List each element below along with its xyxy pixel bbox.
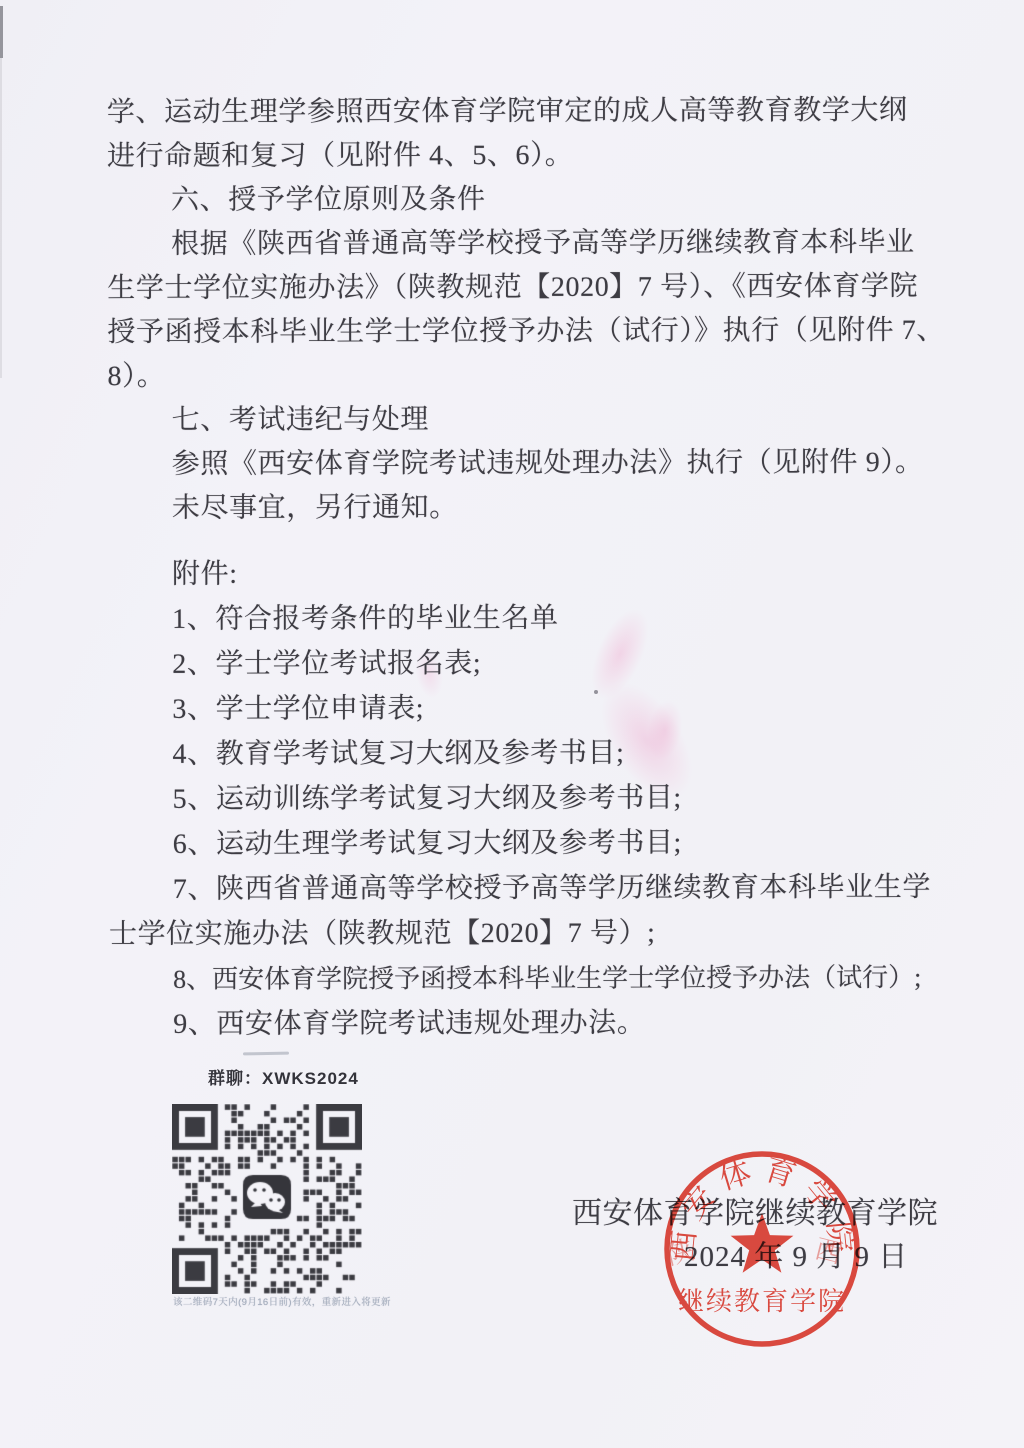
document-line: 8）。 — [107, 353, 927, 399]
seal-ghost-char-right: 西 — [812, 1234, 845, 1270]
section-heading-6: 六、授予学位原则及条件 — [107, 177, 927, 223]
attachment-item: 2、学士学位考试报名表; — [108, 640, 928, 687]
document-line: 参照《西安体育学院考试违规处理办法》执行（见附件 9）。 — [108, 441, 928, 487]
attachment-item: 8、西安体育学院授予函授本科毕业生学士学位授予办法（试行）; — [109, 955, 929, 1002]
attachment-item: 6、运动生理学考试复习大纲及参考书目; — [109, 820, 929, 867]
document-line: 学、运动生理学参照西安体育学院审定的成人高等教育教学大纲 — [107, 89, 927, 135]
scan-edge-shadow — [0, 58, 2, 378]
attachment-item: 4、教育学考试复习大纲及参考书目; — [108, 730, 928, 777]
document-line: 根据《陕西省普通高等学校授予高等学历继续教育本科毕业 — [107, 221, 927, 267]
seal-star — [731, 1213, 794, 1273]
attachment-item: 3、学士学位申请表; — [108, 685, 928, 732]
wechat-qr-code — [172, 1104, 362, 1294]
document-line: 生学士学位实施办法》（陕教规范【2020】7 号）、《西安体育学院 — [107, 265, 927, 311]
document-text-block: 学、运动生理学参照西安体育学院审定的成人高等教育教学大纲 进行命题和复习（见附件… — [107, 89, 930, 1047]
qr-validity-caption: 该二维码7天内(9月16日前)有效，重新进入将更新 — [173, 1294, 413, 1308]
fold-mark-artifact — [243, 1052, 289, 1056]
attachments-label: 附件: — [108, 550, 928, 597]
scan-edge-artifact — [0, 6, 3, 58]
attachment-item: 7、陕西省普通高等学校授予高等学历继续教育本科毕业生学 — [109, 865, 929, 912]
document-line: 进行命题和复习（见附件 4、5、6）。 — [107, 133, 927, 179]
document-line: 未尽事宜，另行通知。 — [108, 485, 928, 531]
document-line: 授予函授本科毕业生学士学位授予办法（试行）》执行（见附件 7、 — [107, 309, 927, 355]
attachment-item-wrap: 士学位实施办法（陕教规范【2020】7 号）; — [109, 910, 929, 957]
attachment-item: 1、符合报考条件的毕业生名单 — [108, 595, 928, 642]
official-red-seal: 西安体育学院 继续教育学院 陕 西 — [657, 1146, 867, 1356]
attachment-item: 5、运动训练学考试复习大纲及参考书目; — [109, 775, 929, 822]
attachment-item: 9、西安体育学院考试违规处理办法。 — [109, 1000, 929, 1047]
scanned-document-page: 学、运动生理学参照西安体育学院审定的成人高等教育教学大纲 进行命题和复习（见附件… — [0, 0, 1024, 1448]
seal-bottom-text: 继续教育学院 — [678, 1287, 846, 1316]
wechat-group-label: 群聊：XWKS2024 — [208, 1064, 359, 1089]
section-heading-7: 七、考试违纪与处理 — [108, 397, 928, 443]
